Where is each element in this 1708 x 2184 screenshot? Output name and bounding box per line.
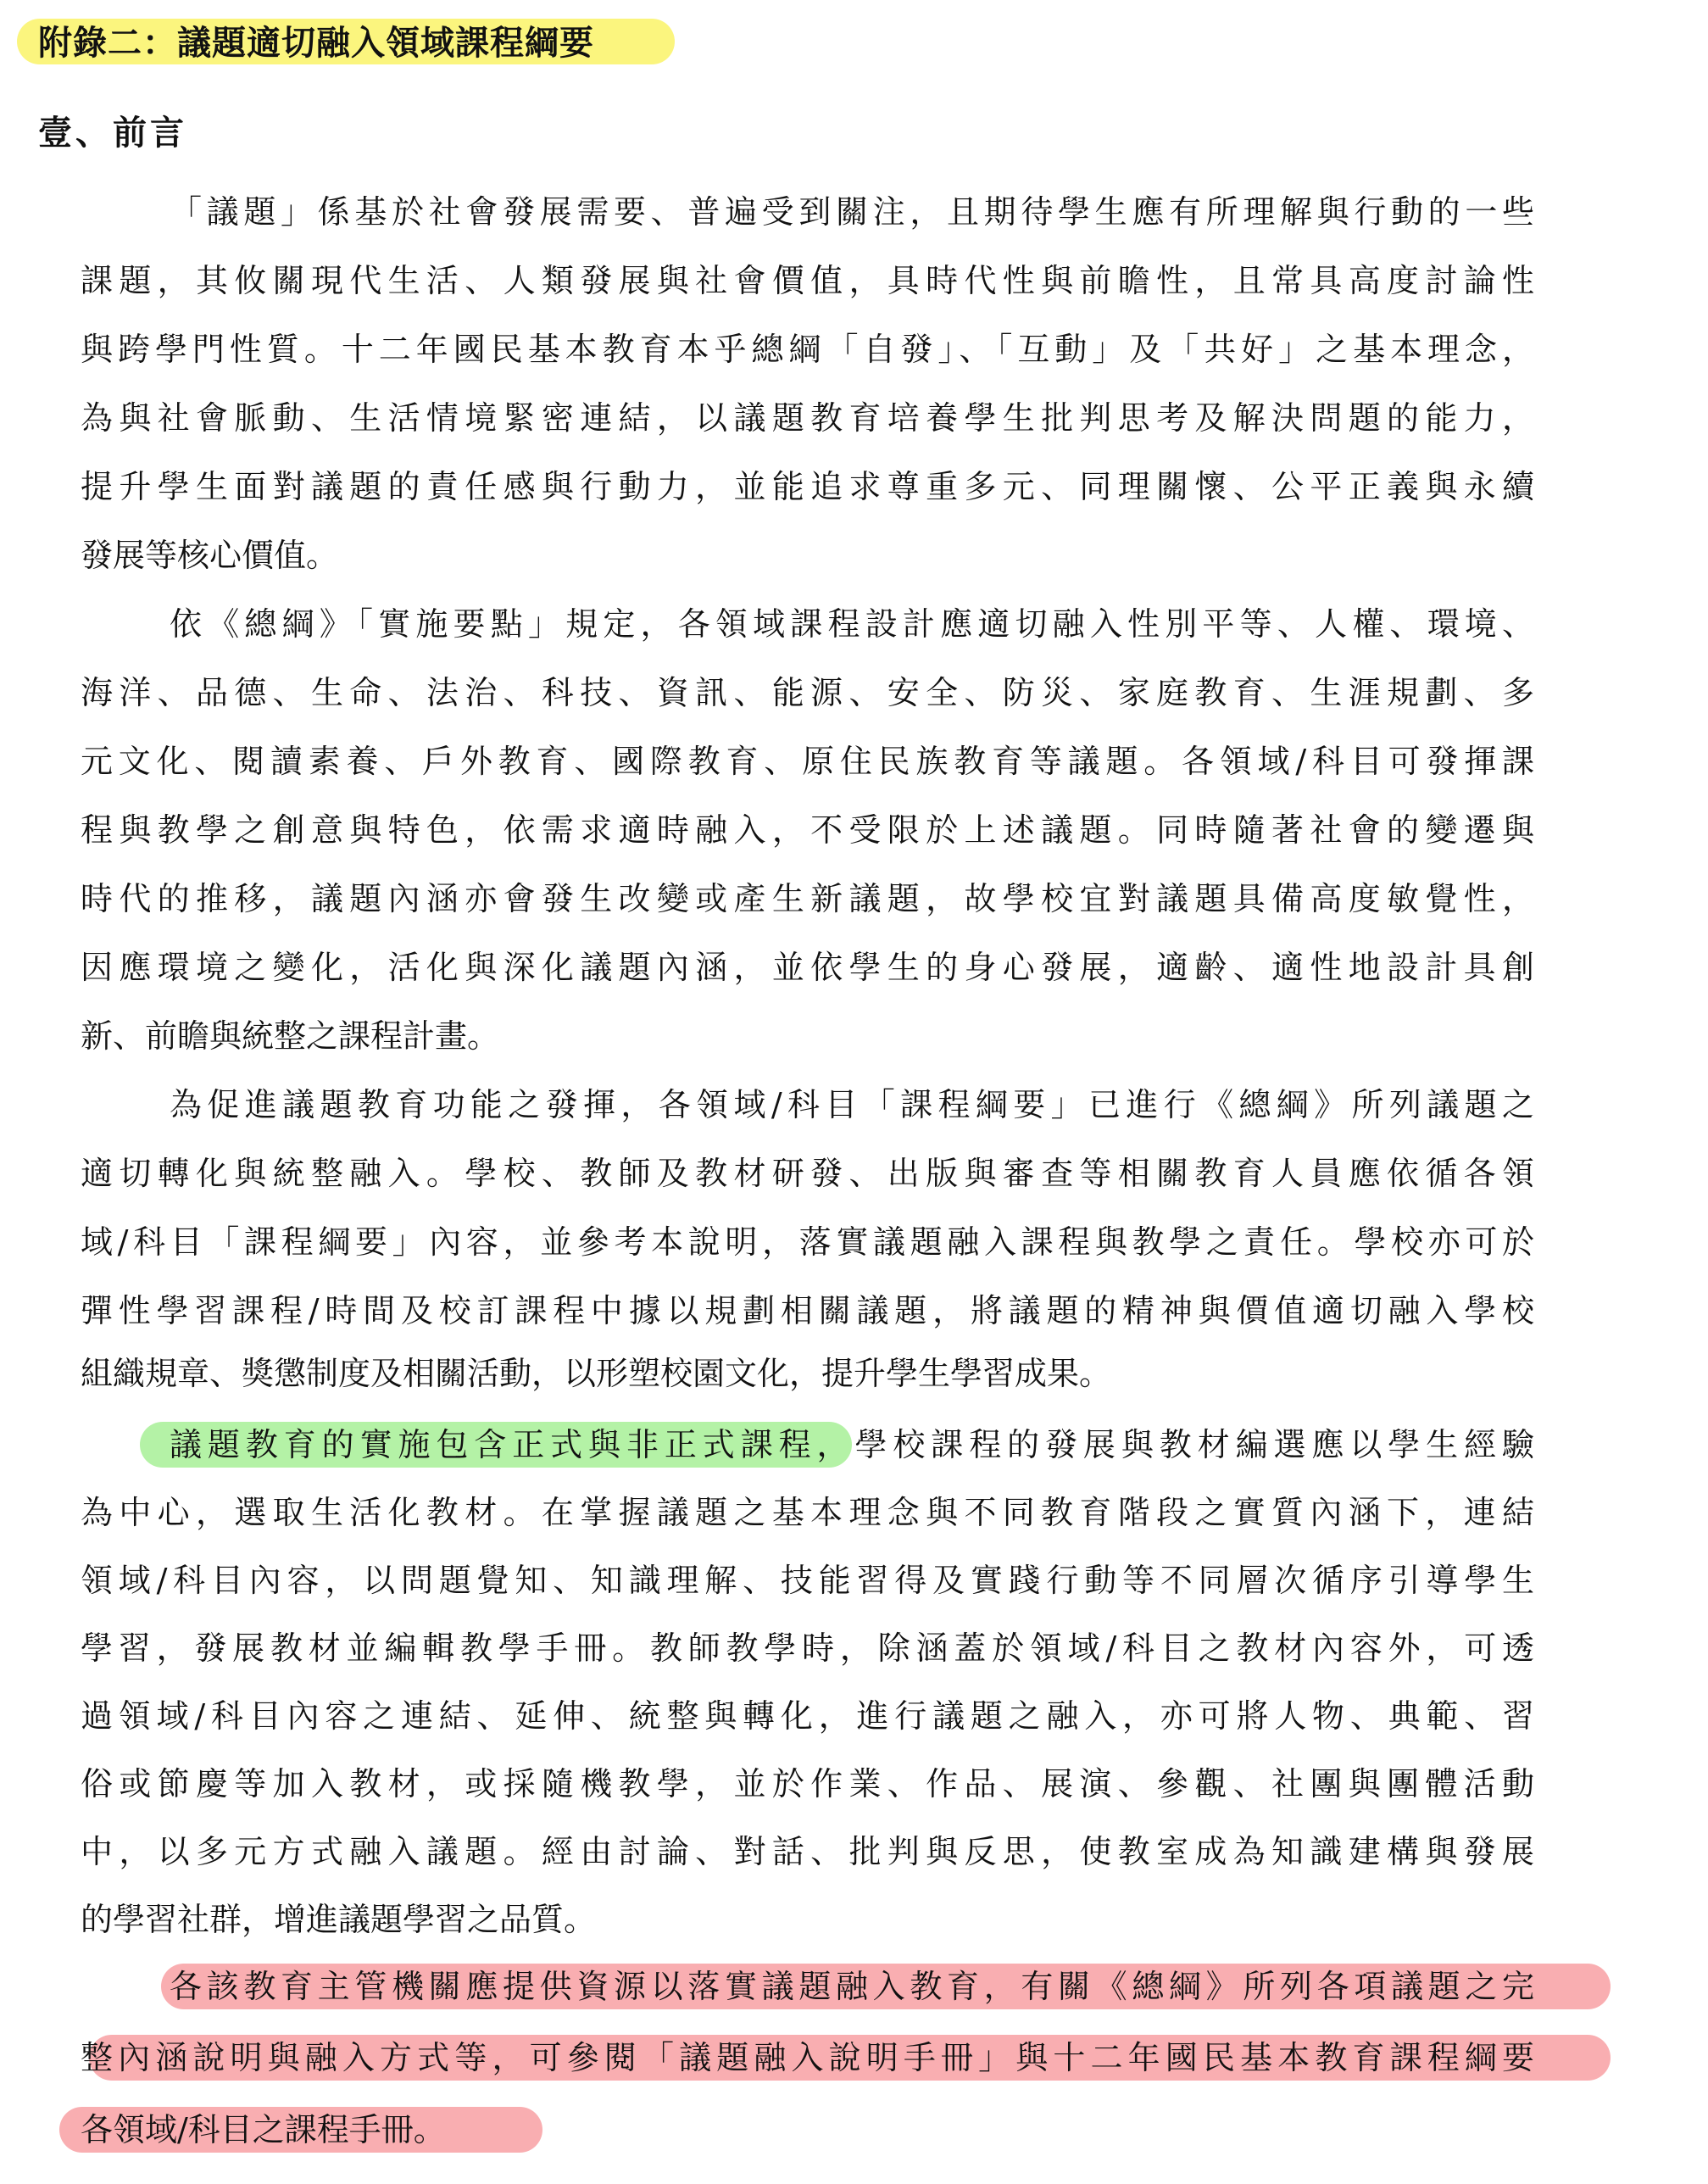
paragraph-line-highlighted: 各領域/科目之課程手冊。 <box>81 2106 1534 2153</box>
paragraph-line: 過領域/科目內容之連結、延伸、統整與轉化，進行議題之融入，亦可將人物、典範、習 <box>81 1692 1534 1740</box>
paragraph-line: 為與社會脈動、生活情境緊密連結，以議題教育培養學生批判思考及解決問題的能力， <box>81 394 1534 442</box>
paragraph-line: 中，以多元方式融入議題。經由討論、對話、批判與反思，使教室成為知識建構與發展 <box>81 1828 1534 1875</box>
paragraph-line: 依《總綱》「實施要點」規定，各領域課程設計應適切融入性別平等、人權、環境、 <box>170 600 1534 648</box>
paragraph-line: 海洋、品德、生命、法治、科技、資訊、能源、安全、防災、家庭教育、生涯規劃、多 <box>81 669 1534 716</box>
paragraph-line: 域/科目「課程綱要」內容，並參考本說明，落實議題融入課程與教學之責任。學校亦可於 <box>81 1218 1534 1266</box>
paragraph-line: 的學習社群，增進議題學習之品質。 <box>81 1896 1534 1943</box>
paragraph-line: 程與教學之創意與特色，依需求適時融入，不受限於上述議題。同時隨著社會的變遷與 <box>81 806 1534 854</box>
paragraph-line-highlighted: 各該教育主管機關應提供資源以落實議題融入教育，有關《總綱》所列各項議題之完 <box>170 1963 1534 2010</box>
paragraph-line: 學習，發展教材並編輯教學手冊。教師教學時，除涵蓋於領域/科目之教材內容外，可透 <box>81 1624 1534 1672</box>
paragraph-line-highlighted: 議題教育的實施包含正式與非正式課程，學校課程的發展與教材編選應以學生經驗 <box>170 1421 1534 1468</box>
paragraph-line: 為促進議題教育功能之發揮，各領域/科目「課程綱要」已進行《總綱》所列議題之 <box>170 1081 1534 1128</box>
paragraph-line: 領域/科目內容，以問題覺知、知識理解、技能習得及實踐行動等不同層次循序引導學生 <box>81 1557 1534 1604</box>
paragraph-line: 時代的推移，議題內涵亦會發生改變或產生新議題，故學校宜對議題具備高度敏覺性， <box>81 875 1534 922</box>
paragraph-line-highlighted: 整內涵說明與融入方式等，可參閱「議題融入說明手冊」與十二年國民基本教育課程綱要 <box>81 2034 1534 2081</box>
paragraph-line: 俗或節慶等加入教材，或採隨機教學，並於作業、作品、展演、參觀、社團與團體活動 <box>81 1760 1534 1808</box>
document-page: 附錄二：議題適切融入領域課程綱要 壹、前言 「議題」係基於社會發展需要、普遍受到… <box>0 0 1708 2184</box>
paragraph-line: 彈性學習課程/時間及校訂課程中據以規劃相關議題，將議題的精神與價值適切融入學校 <box>81 1287 1534 1334</box>
paragraph-line: 與跨學門性質。十二年國民基本教育本乎總綱「自發」、「互動」及「共好」之基本理念， <box>81 326 1534 373</box>
paragraph-line: 發展等核心價值。 <box>81 532 1534 579</box>
paragraph-line: 「議題」係基於社會發展需要、普遍受到關注，且期待學生應有所理解與行動的一些 <box>170 188 1534 236</box>
section-heading: 壹、前言 <box>38 112 187 154</box>
paragraph-line: 元文化、閱讀素養、戶外教育、國際教育、原住民族教育等議題。各領域/科目可發揮課 <box>81 738 1534 785</box>
paragraph-line: 組織規章、獎懲制度及相關活動，以形塑校園文化，提升學生學習成果。 <box>81 1350 1534 1397</box>
paragraph-line: 因應環境之變化，活化與深化議題內涵，並依學生的身心發展，適齡、適性地設計具創 <box>81 944 1534 991</box>
paragraph-line: 適切轉化與統整融入。學校、教師及教材研發、出版與審查等相關教育人員應依循各領 <box>81 1150 1534 1197</box>
paragraph-line: 為中心，選取生活化教材。在掌握議題之基本理念與不同教育階段之實質內涵下，連結 <box>81 1489 1534 1536</box>
document-title: 附錄二：議題適切融入領域課程綱要 <box>38 22 594 64</box>
paragraph-line: 提升學生面對議題的責任感與行動力，並能追求尊重多元、同理關懷、公平正義與永續 <box>81 463 1534 510</box>
paragraph-line: 新、前瞻與統整之課程計畫。 <box>81 1012 1534 1060</box>
paragraph-line: 課題，其攸關現代生活、人類發展與社會價值，具時代性與前瞻性，且常具高度討論性 <box>81 257 1534 304</box>
